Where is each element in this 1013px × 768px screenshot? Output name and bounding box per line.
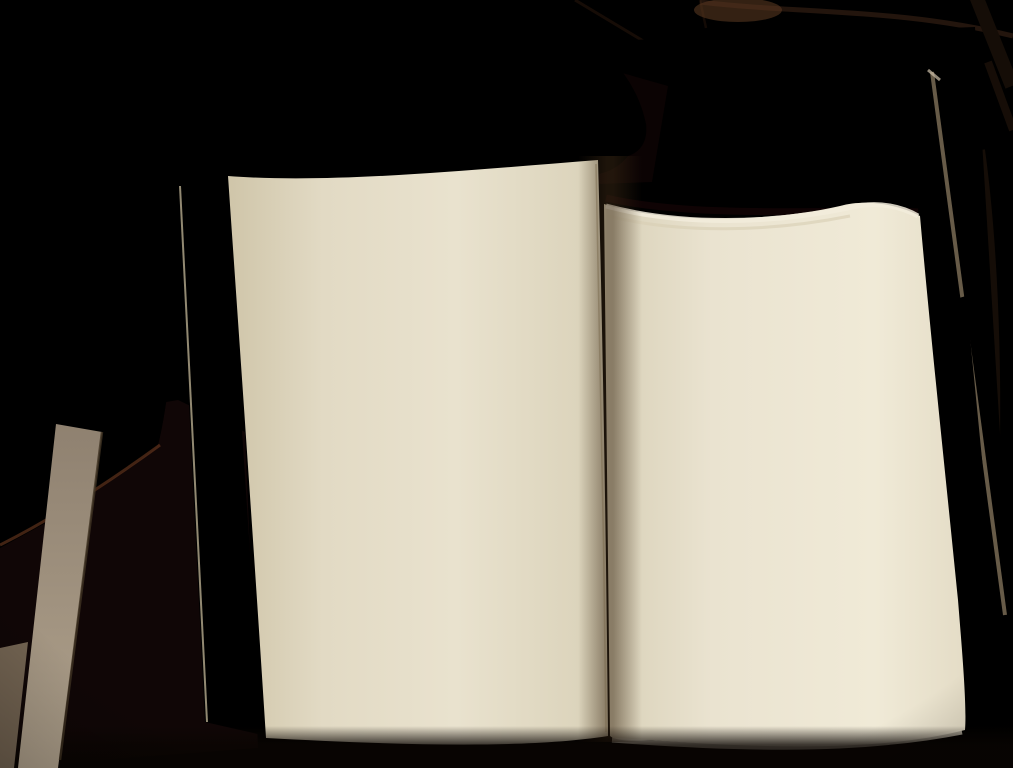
photograph-manuscript-display bbox=[0, 0, 1013, 768]
vignette bbox=[0, 0, 1013, 768]
photo-canvas bbox=[0, 0, 1013, 768]
